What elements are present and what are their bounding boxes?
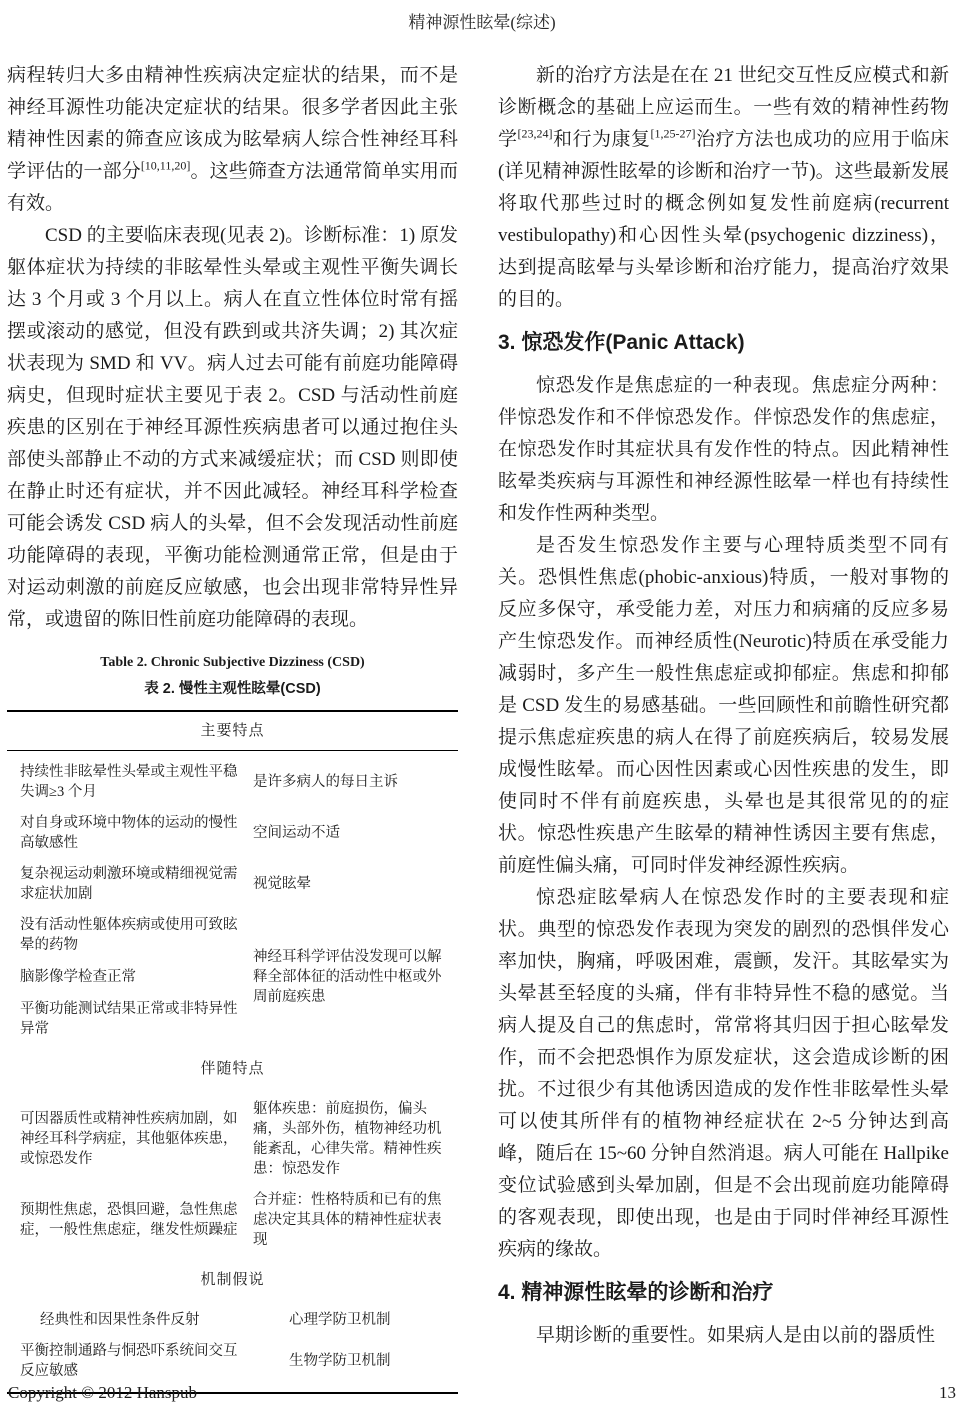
footer-page-number: 13 — [939, 1382, 956, 1404]
page-footer: Copyright © 2012 Hanspub 13 — [0, 1382, 964, 1404]
table-cell-right: 空间运动不适 — [245, 823, 458, 843]
section-heading-4: 4. 精神源性眩晕的诊断和治疗 — [498, 1278, 949, 1308]
table-cell-right: 是许多病人的每日主诉 — [245, 772, 458, 792]
table-cell-right: 生物学防卫机制 — [245, 1351, 458, 1371]
table-cell-left: 经典性和因果性条件反射 — [7, 1310, 245, 1330]
table-section-header: 主要特点 — [7, 712, 458, 750]
table-cell-right: 神经耳科学评估没发现可以解释全部体征的活动性中枢或外周前庭疾患 — [245, 947, 458, 1007]
table-cell-left: 可因器质性或精神性疾病加剧，如神经耳科学病症，其他躯体疾患，或惊恐发作 — [7, 1109, 245, 1169]
table-row: 平衡控制通路与恫恐吓系统间交互反应敏感 生物学防卫机制 — [7, 1341, 458, 1381]
table-row: 对自身或环境中物体的运动的慢性高敏感性 空间运动不适 — [7, 813, 458, 853]
page-header-title: 精神源性眩晕(综述) — [0, 0, 964, 34]
table-cell-left: 预期性焦虑，恐惧回避，急性焦虑症，一般性焦虑症，继发性烦躁症 — [7, 1200, 245, 1240]
document-page: 精神源性眩晕(综述) 病程转归大多由精神性疾病决定症状的结果，而不是神经耳源性功… — [0, 0, 964, 1414]
footer-copyright: Copyright © 2012 Hanspub — [8, 1382, 197, 1404]
section-heading-3: 3. 惊恐发作(Panic Attack) — [498, 328, 949, 358]
right-column: 新的治疗方法是在在 21 世纪交互性反应模式和新诊断概念的基础上应运而生。一些有… — [498, 60, 949, 1394]
table-cell-left: 对自身或环境中物体的运动的慢性高敏感性 — [7, 813, 245, 853]
paragraph: CSD 的主要临床表现(见表 2)。诊断标准：1) 原发躯体症状为持续的非眩晕性… — [7, 220, 458, 636]
table-row: 可因器质性或精神性疾病加剧，如神经耳科学病症，其他躯体疾患，或惊恐发作 躯体疾患… — [7, 1099, 458, 1179]
table-cell-right: 视觉眩晕 — [245, 874, 458, 894]
table-section-header: 伴随特点 — [7, 1050, 458, 1088]
paragraph: 新的治疗方法是在在 21 世纪交互性反应模式和新诊断概念的基础上应运而生。一些有… — [498, 60, 949, 316]
table-cell-left: 没有活动性躯体疾病或使用可致眩晕的药物 脑影像学检查正常 平衡功能测试结果正常或… — [7, 915, 245, 1039]
paragraph: 早期诊断的重要性。如果病人是由以前的器质性 — [498, 1320, 949, 1352]
paragraph: 惊恐发作是焦虑症的一种表现。焦虑症分两种：伴惊恐发作和不伴惊恐发作。伴惊恐发作的… — [498, 370, 949, 530]
csd-table: 主要特点 持续性非眩晕性头晕或主观性平稳失调≥3 个月 是许多病人的每日主诉 对… — [7, 710, 458, 1394]
table-caption-en: Table 2. Chronic Subjective Dizziness (C… — [7, 650, 458, 676]
table-cell-left: 平衡控制通路与恫恐吓系统间交互反应敏感 — [7, 1341, 245, 1381]
table-row: 预期性焦虑，恐惧回避，急性焦虑症，一般性焦虑症，继发性烦躁症 合并症：性格特质和… — [7, 1190, 458, 1250]
two-column-layout: 病程转归大多由精神性疾病决定症状的结果，而不是神经耳源性功能决定症状的结果。很多… — [0, 60, 964, 1394]
paragraph: 是否发生惊恐发作主要与心理特质类型不同有关。恐惧性焦虑(phobic-anxio… — [498, 530, 949, 882]
table-row: 持续性非眩晕性头晕或主观性平稳失调≥3 个月 是许多病人的每日主诉 — [7, 762, 458, 802]
table-cell-right: 合并症：性格特质和已有的焦虑决定其具体的精神性症状表现 — [245, 1190, 458, 1250]
table-section-header: 机制假说 — [7, 1261, 458, 1299]
table-cell-left: 持续性非眩晕性头晕或主观性平稳失调≥3 个月 — [7, 762, 245, 802]
table-row: 经典性和因果性条件反射 心理学防卫机制 — [7, 1310, 458, 1330]
table-cell-right: 躯体疾患：前庭损伤，偏头痛，头部外伤，植物神经功机能紊乱，心律失常。精神性疾患：… — [245, 1099, 458, 1179]
table-cell-right: 心理学防卫机制 — [245, 1310, 458, 1330]
table-header-rule — [7, 750, 458, 751]
left-column: 病程转归大多由精神性疾病决定症状的结果，而不是神经耳源性功能决定症状的结果。很多… — [7, 60, 458, 1394]
table-caption: Table 2. Chronic Subjective Dizziness (C… — [7, 650, 458, 702]
table-cell-left: 复杂视运动刺激环境或精细视觉需求症状加剧 — [7, 864, 245, 904]
paragraph: 惊恐症眩晕病人在惊恐发作时的主要表现和症状。典型的惊恐发作表现为突发的剧烈的恐惧… — [498, 882, 949, 1266]
table-caption-zh: 表 2. 慢性主观性眩晕(CSD) — [7, 676, 458, 702]
table-row-group: 没有活动性躯体疾病或使用可致眩晕的药物 脑影像学检查正常 平衡功能测试结果正常或… — [7, 915, 458, 1039]
table-row: 复杂视运动刺激环境或精细视觉需求症状加剧 视觉眩晕 — [7, 864, 458, 904]
paragraph: 病程转归大多由精神性疾病决定症状的结果，而不是神经耳源性功能决定症状的结果。很多… — [7, 60, 458, 220]
